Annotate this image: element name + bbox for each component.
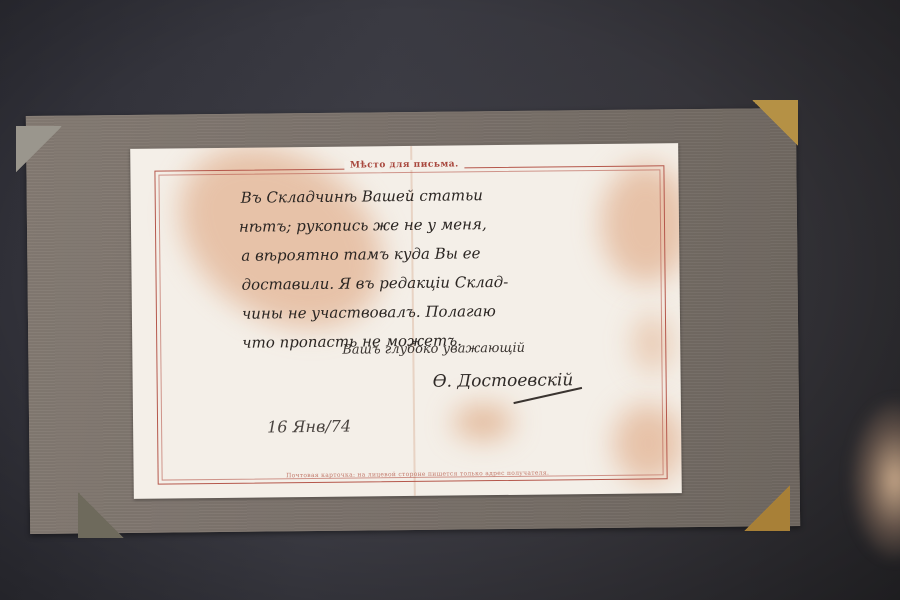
handwritten-line: нѣтъ; рукопись же не у меня, <box>239 208 651 241</box>
handwritten-line: доставили. Я въ редакціи Склад- <box>241 266 651 299</box>
photo-corner-top-right <box>752 100 798 146</box>
handwritten-body: Въ Складчинѣ Вашей статьи нѣтъ; рукопись… <box>241 179 653 357</box>
out-of-focus-object <box>850 400 900 560</box>
handwritten-line: чины не участвовалъ. Полагаю <box>242 295 652 328</box>
handwritten-line: а вѣроятно тамъ куда Вы ее <box>241 237 651 270</box>
photo-corner-bottom-right <box>744 485 790 531</box>
printed-header-text: Мѣсто для письма. <box>344 159 465 170</box>
closing-salutation: Вашъ глубоко уважающій <box>342 341 525 358</box>
signature: Ѳ. Достоевскій <box>433 370 574 391</box>
handwritten-line: Въ Складчинѣ Вашей статьи <box>241 179 651 212</box>
date: 16 Янв/74 <box>267 417 351 437</box>
photo-corner-bottom-left <box>78 492 124 538</box>
letter-card: Мѣсто для письма. Въ Складчинѣ Вашей ста… <box>130 143 682 499</box>
photo-corner-top-left <box>16 126 62 172</box>
